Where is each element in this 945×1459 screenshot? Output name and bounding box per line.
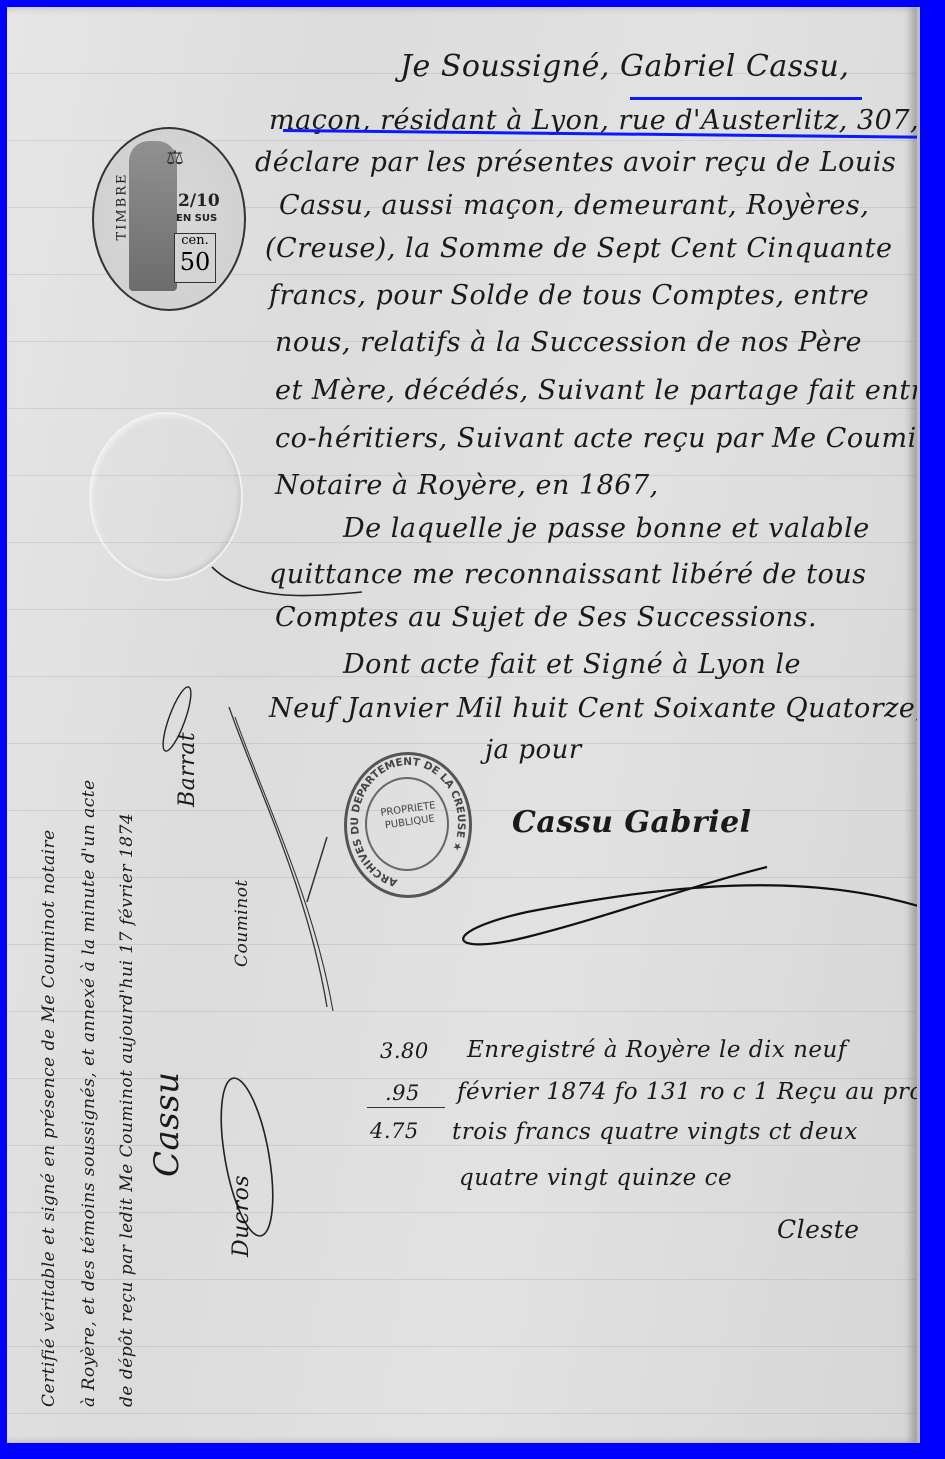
margin-signature-barrat: Barrat bbox=[175, 732, 200, 807]
margin-note-line-1: Certifié véritable et signé en présence … bbox=[39, 829, 59, 1407]
registration-clerk-signature: Cleste bbox=[777, 1215, 860, 1244]
registration-amount-2: .95 bbox=[385, 1081, 420, 1105]
registration-line-4: quatre vingt quinze ce bbox=[459, 1165, 732, 1191]
registration-amount-1: 3.80 bbox=[380, 1039, 429, 1063]
document-page: TIMBRE ⚖ 2/10 EN SUS cen. 50 Je Soussign… bbox=[7, 7, 920, 1443]
registration-sum-line bbox=[367, 1107, 445, 1108]
margin-note-line-2: à Royère, et des témoins soussignés, et … bbox=[79, 779, 99, 1407]
registration-line-1: Enregistré à Royère le dix neuf bbox=[467, 1037, 847, 1063]
margin-signature-couminot: Couminot bbox=[232, 879, 252, 967]
margin-signature-ducros: Ducros bbox=[229, 1175, 254, 1257]
margin-signature-cassu: Cassu bbox=[147, 1071, 187, 1177]
registration-amount-total: 4.75 bbox=[370, 1119, 419, 1143]
registration-line-3: trois francs quatre vingts ct deux bbox=[452, 1119, 858, 1145]
registration-line-2: février 1874 fo 131 ro c 1 Reçu au profi… bbox=[457, 1079, 920, 1105]
margin-note-line-3: de dépôt reçu par ledit Me Couminot aujo… bbox=[117, 813, 137, 1407]
